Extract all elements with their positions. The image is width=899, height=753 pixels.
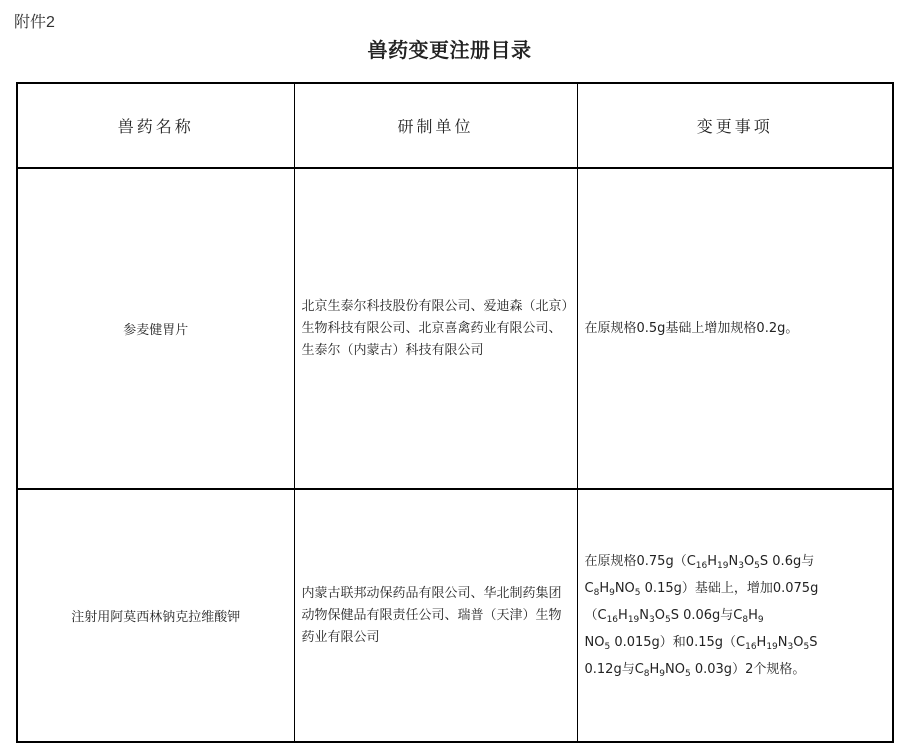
page-title-text: 兽药变更注册目录 <box>368 34 532 63</box>
change-line: 0.12g与C8H9NO5 0.03g）2个规格。 <box>585 656 887 683</box>
developer-cell: 北京生泰尔科技股份有限公司、爱迪森（北京）生物科技有限公司、北京喜禽药业有限公司… <box>294 168 577 489</box>
table-row: 注射用阿莫西林钠克拉维酸钾 内蒙古联邦动保药品有限公司、华北制药集团动物保健品有… <box>17 489 893 742</box>
table-row: 参麦健胃片 北京生泰尔科技股份有限公司、爱迪森（北京）生物科技有限公司、北京喜禽… <box>17 168 893 489</box>
page-title: 兽药变更注册目录 <box>0 34 899 63</box>
table-header-row: 兽药名称 研制单位 变更事项 <box>17 83 893 168</box>
drug-name-cell: 注射用阿莫西林钠克拉维酸钾 <box>17 489 294 742</box>
change-item-cell: 在原规格0.5g基础上增加规格0.2g。 <box>577 168 893 489</box>
attachment-label: 附件2 <box>14 9 55 32</box>
developer-cell: 内蒙古联邦动保药品有限公司、华北制药集团动物保健品有限责任公司、瑞普（天津）生物… <box>294 489 577 742</box>
change-line: 在原规格0.75g（C16H19N3O5S 0.6g与 <box>585 548 887 575</box>
header-drug-name: 兽药名称 <box>17 83 294 168</box>
change-item-cell: 在原规格0.75g（C16H19N3O5S 0.6g与 C8H9NO5 0.15… <box>577 489 893 742</box>
registration-table: 兽药名称 研制单位 变更事项 参麦健胃片 北京生泰尔科技股份有限公司、爱迪森（北… <box>16 82 894 743</box>
change-line: C8H9NO5 0.15g）基础上，增加0.075g <box>585 575 887 602</box>
header-developer: 研制单位 <box>294 83 577 168</box>
header-change-item: 变更事项 <box>577 83 893 168</box>
change-line: （C16H19N3O5S 0.06g与C8H9 <box>585 602 887 629</box>
drug-name-cell: 参麦健胃片 <box>17 168 294 489</box>
change-line: NO5 0.015g）和0.15g（C16H19N3O5S <box>585 629 887 656</box>
